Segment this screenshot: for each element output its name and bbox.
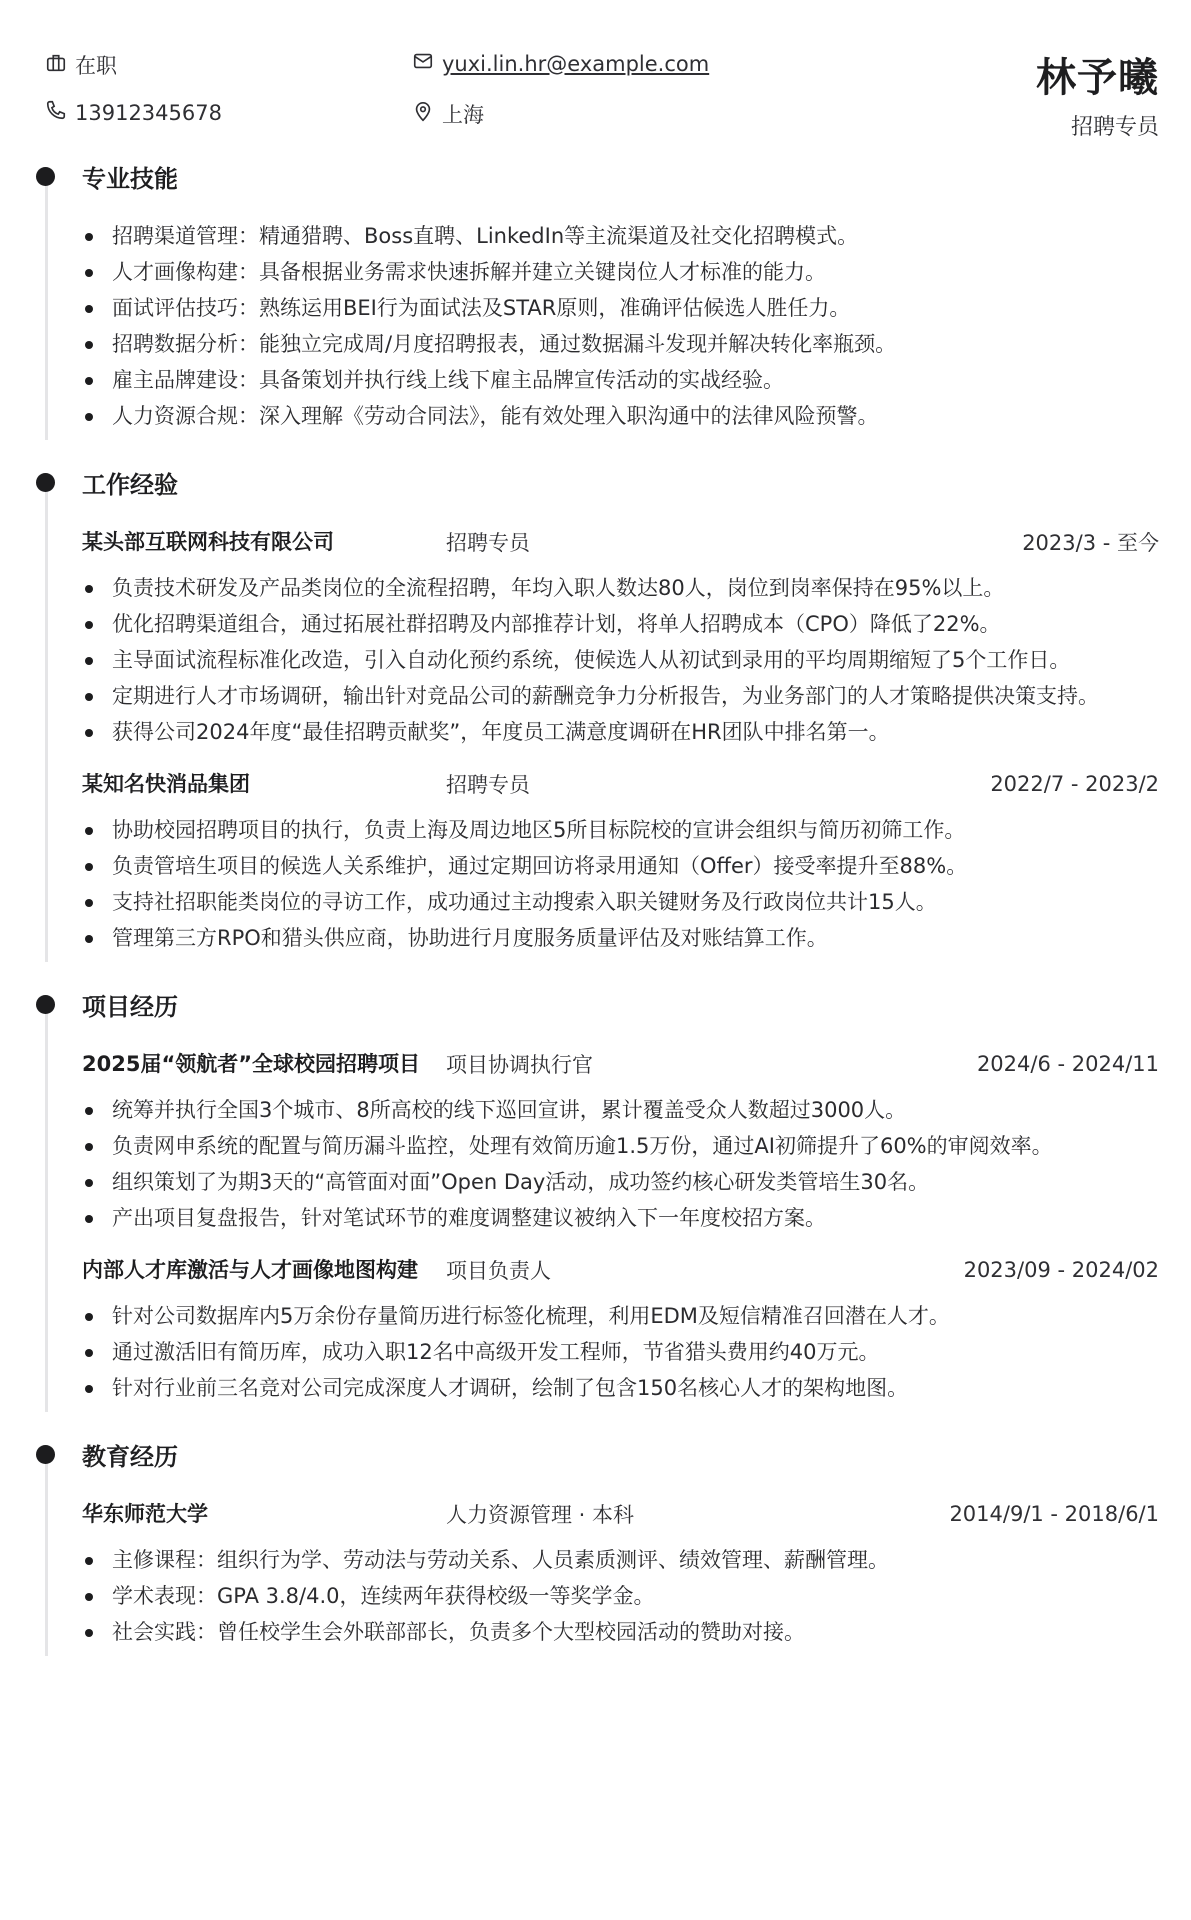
timeline-dot [36, 995, 55, 1014]
section-title: 教育经历 [82, 1437, 178, 1472]
list-item: 人力资源合规：深入理解《劳动合同法》，能有效处理入职沟通中的法律风险预警。 [82, 398, 1159, 434]
list-item: 负责管培生项目的候选人关系维护，通过定期回访将录用通知（Offer）接受率提升至… [82, 848, 1159, 884]
list-item: 主修课程：组织行为学、劳动法与劳动关系、人员素质测评、绩效管理、薪酬管理。 [82, 1542, 1159, 1578]
project-entry: 内部人才库激活与人才画像地图构建 项目负责人 2023/09 - 2024/02… [82, 1252, 1159, 1406]
candidate-name: 林予曦 [1036, 46, 1159, 103]
phone: 13912345678 [45, 99, 222, 126]
date-range: 2023/3 - 至今 [1022, 527, 1159, 557]
phone-icon [45, 99, 67, 126]
list-item: 雇主品牌建设：具备策划并执行线上线下雇主品牌宣传活动的实战经验。 [82, 362, 1159, 398]
timeline-dot [36, 167, 55, 186]
employment-status-text: 在职 [75, 50, 117, 80]
project-name: 内部人才库激活与人才画像地图构建 [82, 1252, 422, 1288]
timeline-dot [36, 473, 55, 492]
section-title: 专业技能 [82, 159, 178, 194]
project-entry: 2025届“领航者”全球校园招聘项目 项目协调执行官 2024/6 - 2024… [82, 1046, 1159, 1236]
school-name: 华东师范大学 [82, 1496, 446, 1532]
list-item: 优化招聘渠道组合，通过拓展社群招聘及内部推荐计划，将单人招聘成本（CPO）降低了… [82, 606, 1159, 642]
candidate-role: 招聘专员 [1071, 110, 1159, 141]
list-item: 面试评估技巧：熟练运用BEI行为面试法及STAR原则，准确评估候选人胜任力。 [82, 290, 1159, 326]
list-item: 定期进行人才市场调研，输出针对竞品公司的薪酬竞争力分析报告，为业务部门的人才策略… [82, 678, 1159, 714]
list-item: 通过激活旧有简历库，成功入职12名中高级开发工程师，节省猎头费用约40万元。 [82, 1334, 1159, 1370]
briefcase-icon [45, 52, 67, 79]
section-work: 工作经验 某头部互联网科技有限公司 招聘专员 2023/3 - 至今 负责技术研… [0, 456, 1191, 956]
date-range: 2014/9/1 - 2018/6/1 [949, 1502, 1159, 1526]
work-bullets: 负责技术研发及产品类岗位的全流程招聘，年均入职人数达80人，岗位到岗率保持在95… [82, 570, 1159, 750]
email: yuxi.lin.hr@example.com [412, 50, 709, 77]
date-range: 2022/7 - 2023/2 [990, 772, 1159, 796]
list-item: 协助校园招聘项目的执行，负责上海及周边地区5所目标院校的宣讲会组织与简历初筛工作… [82, 812, 1159, 848]
resume-header: 在职 13912345678 yuxi.lin.hr@example.com 上… [0, 0, 1191, 150]
date-range: 2023/09 - 2024/02 [964, 1258, 1159, 1282]
location: 上海 [412, 99, 484, 129]
list-item: 招聘渠道管理：精通猎聘、Boss直聘、LinkedIn等主流渠道及社交化招聘模式… [82, 218, 1159, 254]
section-title: 项目经历 [82, 987, 178, 1022]
skills-list: 招聘渠道管理：精通猎聘、Boss直聘、LinkedIn等主流渠道及社交化招聘模式… [82, 218, 1159, 434]
project-role: 项目负责人 [446, 1255, 964, 1285]
employment-status: 在职 [45, 50, 117, 80]
list-item: 针对行业前三名竞对公司完成深度人才调研，绘制了包含150名核心人才的架构地图。 [82, 1370, 1159, 1406]
job-title: 招聘专员 [446, 527, 1022, 557]
list-item: 产出项目复盘报告，针对笔试环节的难度调整建议被纳入下一年度校招方案。 [82, 1200, 1159, 1236]
list-item: 统筹并执行全国3个城市、8所高校的线下巡回宣讲，累计覆盖受众人数超过3000人。 [82, 1092, 1159, 1128]
project-bullets: 统筹并执行全国3个城市、8所高校的线下巡回宣讲，累计覆盖受众人数超过3000人。… [82, 1092, 1159, 1236]
company-name: 某知名快消品集团 [82, 766, 446, 802]
job-title: 招聘专员 [446, 769, 990, 799]
section-education: 教育经历 华东师范大学 人力资源管理 · 本科 2014/9/1 - 2018/… [0, 1428, 1191, 1650]
list-item: 负责技术研发及产品类岗位的全流程招聘，年均入职人数达80人，岗位到岗率保持在95… [82, 570, 1159, 606]
major-degree: 人力资源管理 · 本科 [446, 1499, 949, 1529]
work-entry: 某知名快消品集团 招聘专员 2022/7 - 2023/2 协助校园招聘项目的执… [82, 766, 1159, 956]
project-bullets: 针对公司数据库内5万余份存量简历进行标签化梳理，利用EDM及短信精准召回潜在人才… [82, 1298, 1159, 1406]
work-bullets: 协助校园招聘项目的执行，负责上海及周边地区5所目标院校的宣讲会组织与简历初筛工作… [82, 812, 1159, 956]
list-item: 社会实践：曾任校学生会外联部部长，负责多个大型校园活动的赞助对接。 [82, 1614, 1159, 1650]
list-item: 针对公司数据库内5万余份存量简历进行标签化梳理，利用EDM及短信精准召回潜在人才… [82, 1298, 1159, 1334]
list-item: 主导面试流程标准化改造，引入自动化预约系统，使候选人从初试到录用的平均周期缩短了… [82, 642, 1159, 678]
project-role: 项目协调执行官 [446, 1049, 977, 1079]
list-item: 学术表现：GPA 3.8/4.0，连续两年获得校级一等奖学金。 [82, 1578, 1159, 1614]
list-item: 支持社招职能类岗位的寻访工作，成功通过主动搜索入职关键财务及行政岗位共计15人。 [82, 884, 1159, 920]
email-link[interactable]: yuxi.lin.hr@example.com [442, 52, 709, 76]
education-entry: 华东师范大学 人力资源管理 · 本科 2014/9/1 - 2018/6/1 主… [82, 1496, 1159, 1650]
list-item: 人才画像构建：具备根据业务需求快速拆解并建立关键岗位人才标准的能力。 [82, 254, 1159, 290]
section-title: 工作经验 [82, 465, 178, 500]
phone-number: 13912345678 [75, 101, 222, 125]
timeline-dot [36, 1445, 55, 1464]
mail-icon [412, 50, 434, 77]
work-entry: 某头部互联网科技有限公司 招聘专员 2023/3 - 至今 负责技术研发及产品类… [82, 524, 1159, 750]
project-name: 2025届“领航者”全球校园招聘项目 [82, 1046, 422, 1082]
date-range: 2024/6 - 2024/11 [977, 1052, 1159, 1076]
list-item: 组织策划了为期3天的“高管面对面”Open Day活动，成功签约核心研发类管培生… [82, 1164, 1159, 1200]
education-bullets: 主修课程：组织行为学、劳动法与劳动关系、人员素质测评、绩效管理、薪酬管理。 学术… [82, 1542, 1159, 1650]
map-pin-icon [412, 101, 434, 128]
section-projects: 项目经历 2025届“领航者”全球校园招聘项目 项目协调执行官 2024/6 -… [0, 978, 1191, 1406]
location-text: 上海 [442, 99, 484, 129]
list-item: 招聘数据分析：能独立完成周/月度招聘报表，通过数据漏斗发现并解决转化率瓶颈。 [82, 326, 1159, 362]
company-name: 某头部互联网科技有限公司 [82, 524, 446, 560]
section-skills: 专业技能 招聘渠道管理：精通猎聘、Boss直聘、LinkedIn等主流渠道及社交… [0, 150, 1191, 434]
list-item: 负责网申系统的配置与简历漏斗监控，处理有效简历逾1.5万份，通过AI初筛提升了6… [82, 1128, 1159, 1164]
list-item: 获得公司2024年度“最佳招聘贡献奖”，年度员工满意度调研在HR团队中排名第一。 [82, 714, 1159, 750]
list-item: 管理第三方RPO和猎头供应商，协助进行月度服务质量评估及对账结算工作。 [82, 920, 1159, 956]
